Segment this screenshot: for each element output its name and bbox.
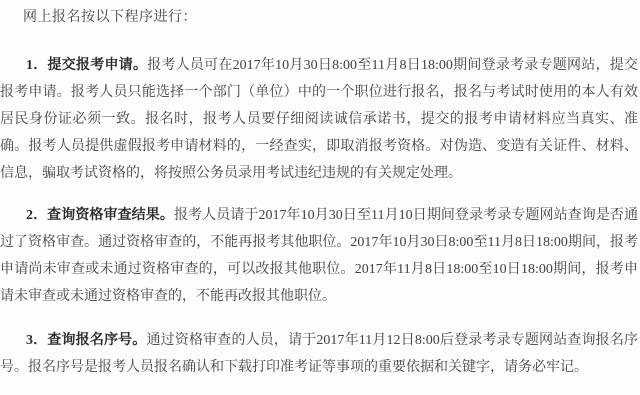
step-3-number: 3．	[26, 333, 47, 348]
step-2-number: 2．	[26, 208, 47, 223]
step-1-number: 1．	[26, 58, 48, 73]
step-2-heading: 查询资格审查结果。	[47, 208, 174, 223]
step-1-heading: 提交报考申请。	[48, 58, 148, 73]
step-3-heading: 查询报名序号。	[47, 333, 146, 348]
procedure-step-2: 2．查询资格审查结果。报考人员请于2017年10月30日至11月10日期间登录考…	[0, 202, 638, 310]
intro-line: 网上报名按以下程序进行：	[0, 4, 638, 31]
procedure-step-3: 3．查询报名序号。通过资格审查的人员，请于2017年11月12日8:00后登录考…	[0, 327, 638, 381]
step-1-body: 报考人员可在2017年10月30日8:00至11月8日18:00期间登录考录专题…	[0, 58, 638, 181]
procedure-step-1: 1．提交报考申请。报考人员可在2017年10月30日8:00至11月8日18:0…	[0, 52, 638, 187]
document-page: 网上报名按以下程序进行： 1．提交报考申请。报考人员可在2017年10月30日8…	[0, 0, 640, 395]
